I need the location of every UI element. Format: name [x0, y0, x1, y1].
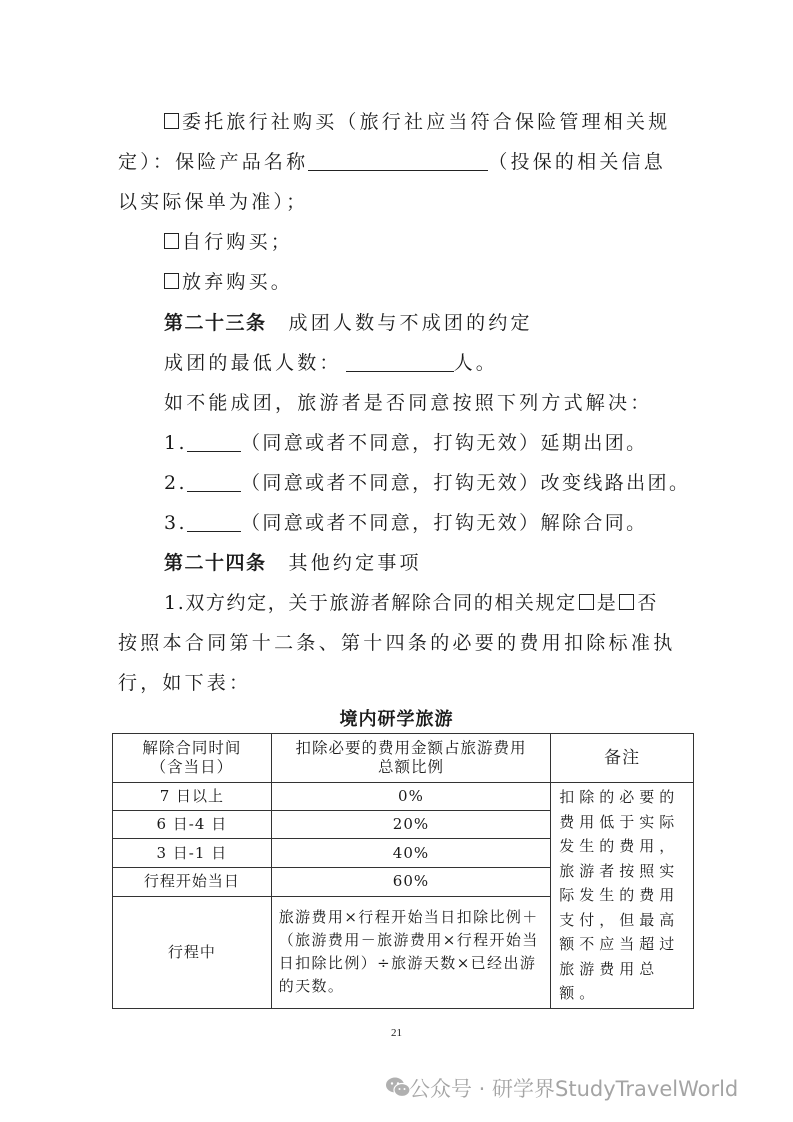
header-remarks: 备注 [551, 734, 694, 783]
article-number: 第二十四条 [164, 552, 267, 574]
min-people-label: 成团的最低人数： [164, 352, 342, 374]
article-title: 其他约定事项 [289, 552, 422, 574]
option-text: （同意或者不同意，打钩无效）改变线路出团。 [241, 472, 690, 494]
cell-time: 行程中 [113, 896, 272, 1008]
watermark: 公众号 · 研学界StudyTravelWorld [409, 1073, 738, 1103]
item-1-line: 1.双方约定，关于旅游者解除合同的相关规定是否 [164, 590, 658, 616]
header-text: 总额比例 [272, 758, 550, 777]
paragraph-line: 按照本合同第十二条、第十四条的必要的费用扣除标准执 [118, 630, 676, 656]
min-people-unit: 人。 [454, 352, 498, 374]
article-title: 成团人数与不成团的约定 [289, 312, 533, 334]
header-cancel-time: 解除合同时间 （含当日） [113, 734, 272, 783]
insurance-product-line: 定）：保险产品名称（投保的相关信息 [118, 149, 666, 175]
min-people-blank[interactable] [346, 353, 454, 372]
option-agency-purchase: 委托旅行社购买（旅行社应当符合保险管理相关规 [164, 109, 670, 135]
option-text: （同意或者不同意，打钩无效）解除合同。 [241, 512, 648, 534]
option-text: （同意或者不同意，打钩无效）延期出团。 [241, 432, 648, 454]
option-2-blank[interactable] [187, 473, 241, 492]
no-label: 否 [637, 592, 658, 614]
option-number: 1. [164, 432, 187, 454]
option-2: 2.（同意或者不同意，打钩无效）改变线路出团。 [164, 470, 690, 496]
cell-ratio: 40% [271, 839, 550, 868]
option-label: 自行购买； [182, 231, 293, 253]
option-3: 3.（同意或者不同意，打钩无效）解除合同。 [164, 510, 648, 536]
table-row: 7 日以上 0% 扣除的必要的费用低于实际发生的费用，旅游者按照实际发生的费用支… [113, 783, 694, 811]
checkbox-waive-purchase[interactable] [164, 273, 179, 289]
paragraph-line: 行，如下表： [118, 670, 251, 696]
article-number: 第二十三条 [164, 312, 267, 334]
option-label: 放弃购买。 [182, 271, 293, 293]
paragraph-text: 按照本合同第十二条、第十四条的必要的费用扣除标准执 [118, 632, 676, 654]
option-self-purchase: 自行购买； [164, 229, 293, 255]
wechat-icon [385, 1076, 411, 1098]
cell-ratio-formula: 旅游费用×行程开始当日扣除比例＋（旅游费用－旅游费用×行程开始当日扣除比例）÷旅… [271, 896, 550, 1008]
cell-time: 3 日-1 日 [113, 839, 272, 868]
table-header-row: 解除合同时间 （含当日） 扣除必要的费用金额占旅游费用 总额比例 备注 [113, 734, 694, 783]
header-text: （含当日） [113, 758, 271, 777]
checkbox-no[interactable] [619, 594, 634, 610]
checkbox-self-purchase[interactable] [164, 233, 179, 249]
header-text: 扣除必要的费用金额占旅游费用 [272, 739, 550, 758]
cell-time: 7 日以上 [113, 783, 272, 811]
page-number: 21 [391, 1027, 402, 1039]
paragraph-text: （投保的相关信息 [488, 151, 666, 173]
paragraph-text: 行，如下表： [118, 672, 251, 694]
paragraph-line: 如不能成团，旅游者是否同意按照下列方式解决： [164, 390, 652, 416]
article-24-heading: 第二十四条其他约定事项 [164, 550, 422, 576]
cell-time: 行程开始当日 [113, 868, 272, 897]
cell-time: 6 日-4 日 [113, 810, 272, 839]
table-title: 境内研学旅游 [0, 705, 793, 731]
cell-ratio: 20% [271, 810, 550, 839]
option-number: 3. [164, 512, 187, 534]
header-deduction-ratio: 扣除必要的费用金额占旅游费用 总额比例 [271, 734, 550, 783]
insurance-product-blank[interactable] [308, 152, 488, 171]
checkbox-agency-purchase[interactable] [164, 113, 179, 129]
cell-ratio: 0% [271, 783, 550, 811]
cell-remarks: 扣除的必要的费用低于实际发生的费用，旅游者按照实际发生的费用支付，但最高额不应当… [551, 783, 694, 1009]
option-1-blank[interactable] [187, 433, 241, 452]
cancellation-fee-table: 解除合同时间 （含当日） 扣除必要的费用金额占旅游费用 总额比例 备注 7 日以… [112, 733, 694, 1009]
question-text: 如不能成团，旅游者是否同意按照下列方式解决： [164, 392, 652, 414]
checkbox-yes[interactable] [579, 594, 594, 610]
option-number: 2. [164, 472, 187, 494]
yes-label: 是 [597, 592, 618, 614]
option-waive-purchase: 放弃购买。 [164, 269, 293, 295]
paragraph-text: 以实际保单为准）； [118, 191, 308, 213]
option-3-blank[interactable] [187, 513, 241, 532]
cell-ratio: 60% [271, 868, 550, 897]
article-23-heading: 第二十三条成团人数与不成团的约定 [164, 310, 533, 336]
option-1: 1.（同意或者不同意，打钩无效）延期出团。 [164, 430, 648, 456]
paragraph-text: 委托旅行社购买（旅行社应当符合保险管理相关规 [182, 111, 670, 133]
insurance-product-label: 定）：保险产品名称 [118, 151, 308, 173]
paragraph-line: 以实际保单为准）； [118, 189, 308, 215]
min-people-line: 成团的最低人数：人。 [164, 350, 498, 376]
paragraph-text: 1.双方约定，关于旅游者解除合同的相关规定 [164, 592, 577, 614]
header-text: 解除合同时间 [113, 739, 271, 758]
